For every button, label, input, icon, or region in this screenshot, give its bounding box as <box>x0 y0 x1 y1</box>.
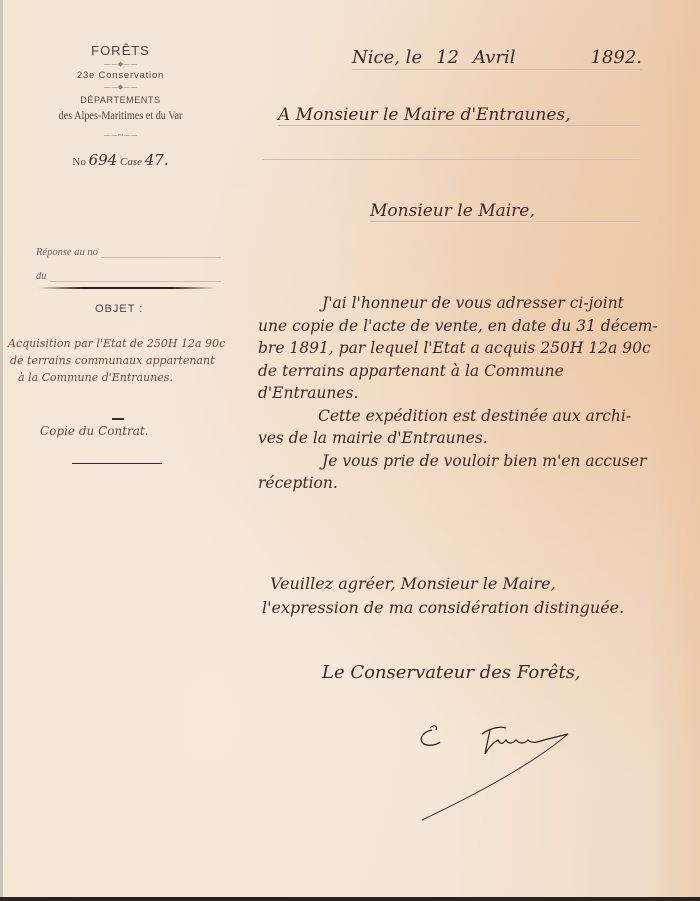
objet-line: à la Commune d'Entraunes. <box>8 369 238 386</box>
day: 12 <box>436 47 459 68</box>
body-line: Je vous prie de vouloir bien m'en accuse… <box>258 450 698 473</box>
ornament-divider: ——∾—— <box>18 129 223 141</box>
number-value: 694 <box>89 151 118 169</box>
conservation-label: 23e Conservation <box>18 70 223 81</box>
body-line: une copie de l'acte de vente, en date du… <box>258 315 698 338</box>
blank-rule <box>101 249 221 258</box>
short-divider <box>112 418 124 420</box>
signature-icon <box>410 718 600 828</box>
closing-line: Veuillez agréer, Monsieur le Maire, <box>262 572 692 596</box>
departments-label: DÉPARTEMENTS <box>18 95 223 105</box>
letterhead-title: FORÊTS <box>18 43 223 58</box>
copy-note: Copie du Contrat. <box>40 424 149 438</box>
ornament-divider: ——◆—— <box>18 81 223 93</box>
objet-label: OBJET : <box>95 303 143 315</box>
blank-rule <box>50 273 222 282</box>
section-divider <box>38 287 216 289</box>
objet-line: Acquisition par l'Etat de 250H 12a 90c <box>8 335 238 352</box>
objet-description: Acquisition par l'Etat de 250H 12a 90c d… <box>8 335 238 386</box>
body-line: réception. <box>258 472 698 495</box>
year: 1892. <box>590 47 642 68</box>
date-label: du <box>36 271 47 282</box>
salutation: Monsieur le Maire, <box>370 201 640 222</box>
scan-edge <box>0 897 700 901</box>
closing-line: l'expression de ma considération disting… <box>262 596 692 620</box>
body-line: bre 1891, par lequel l'Etat a acquis 250… <box>258 337 698 360</box>
month: Avril <box>473 47 516 68</box>
reply-fields: Réponse au no du <box>36 234 221 282</box>
number-label: No <box>72 156 85 168</box>
reference-number: No 694 Case 47. <box>18 151 223 169</box>
place: Nice, le <box>352 47 422 68</box>
letter-body: J'ai l'honneur de vous adresser ci-joint… <box>258 292 698 495</box>
body-line: de terrains appartenant à la Commune <box>258 360 698 383</box>
short-divider <box>72 463 162 464</box>
signoff: Le Conservateur des Forêts, <box>322 662 581 683</box>
region-label: des Alpes-Maritimes et du Var <box>33 108 207 123</box>
case-value: 47. <box>145 151 169 169</box>
response-label: Réponse au no <box>36 247 98 258</box>
date-field: du <box>36 258 221 282</box>
addressee: A Monsieur le Maire d'Entraunes, <box>278 105 640 126</box>
case-label: Case <box>120 156 142 168</box>
ornament-divider: ——◆—— <box>18 58 223 70</box>
objet-line: de terrains communaux appartenant <box>8 352 238 369</box>
body-line: J'ai l'honneur de vous adresser ci-joint <box>258 292 698 315</box>
body-line: d'Entraunes. <box>258 382 698 405</box>
response-field: Réponse au no <box>36 234 221 258</box>
separator-line <box>262 159 640 160</box>
body-line: Cette expédition est destinée aux archi- <box>258 405 698 428</box>
date-line: Nice, le 12 Avril 1892. <box>352 47 642 70</box>
body-line: ves de la mairie d'Entraunes. <box>258 427 698 450</box>
closing: Veuillez agréer, Monsieur le Maire, l'ex… <box>262 572 692 620</box>
letterhead: FORÊTS ——◆—— 23e Conservation ——◆—— DÉPA… <box>18 40 223 169</box>
